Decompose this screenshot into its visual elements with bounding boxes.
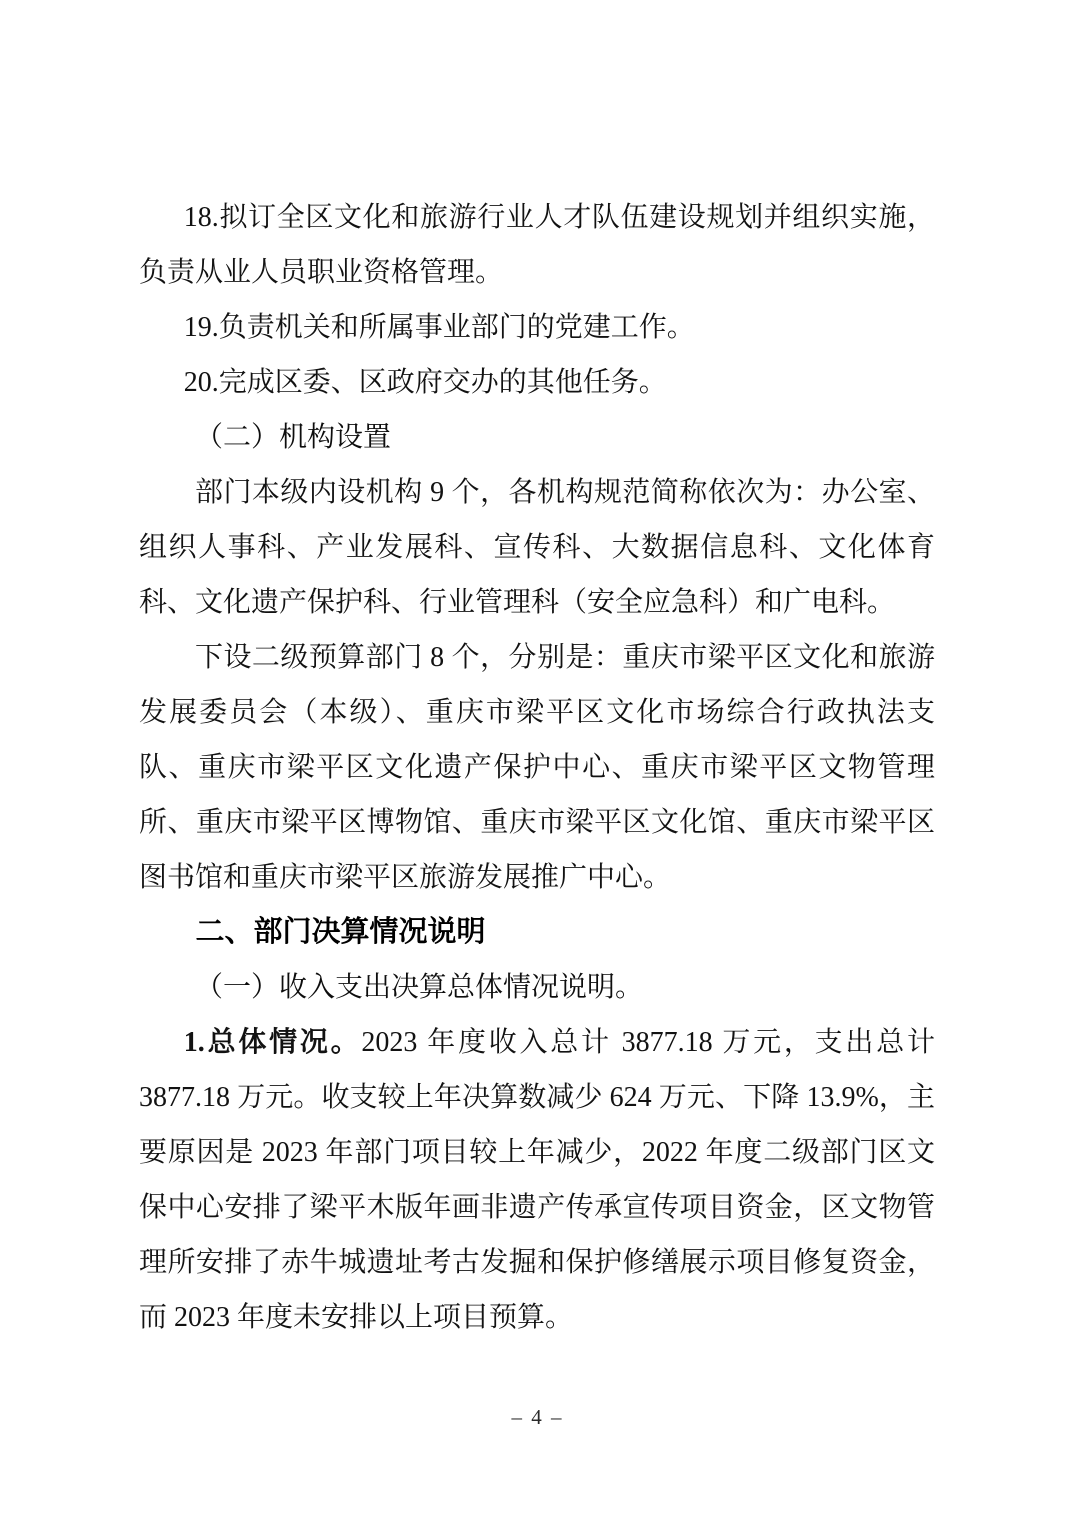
document-page: 18.拟订全区文化和旅游行业人才队伍建设规划并组织实施，负责从业人员职业资格管理…: [0, 0, 1075, 1520]
numbered-item-19: 19.负责机关和所属事业部门的党建工作。: [139, 300, 935, 355]
numbered-item-20: 20.完成区委、区政府交办的其他任务。: [139, 355, 935, 410]
subsection-heading-income-expenditure-overview: （一）收入支出决算总体情况说明。: [139, 960, 935, 1015]
document-body: 18.拟订全区文化和旅游行业人才队伍建设规划并组织实施，负责从业人员职业资格管理…: [139, 190, 935, 1345]
paragraph-internal-organizations: 部门本级内设机构 9 个，各机构规范简称依次为：办公室、组织人事科、产业发展科、…: [139, 465, 935, 630]
numbered-item-18: 18.拟订全区文化和旅游行业人才队伍建设规划并组织实施，负责从业人员职业资格管理…: [139, 190, 935, 300]
paragraph-overall-situation-text: 2023 年度收入总计 3877.18 万元，支出总计 3877.18 万元。收…: [139, 1027, 935, 1333]
paragraph-overall-situation-lead: 1.总体情况。: [184, 1027, 362, 1058]
subsection-heading-organization-setup: （二）机构设置: [139, 410, 935, 465]
paragraph-secondary-budget-units: 下设二级预算部门 8 个，分别是：重庆市梁平区文化和旅游发展委员会（本级）、重庆…: [139, 630, 935, 905]
page-number: – 4 –: [0, 1405, 1075, 1430]
section-heading-final-accounts-explanation: 二、部门决算情况说明: [139, 905, 935, 960]
paragraph-overall-situation: 1.总体情况。2023 年度收入总计 3877.18 万元，支出总计 3877.…: [139, 1015, 935, 1345]
